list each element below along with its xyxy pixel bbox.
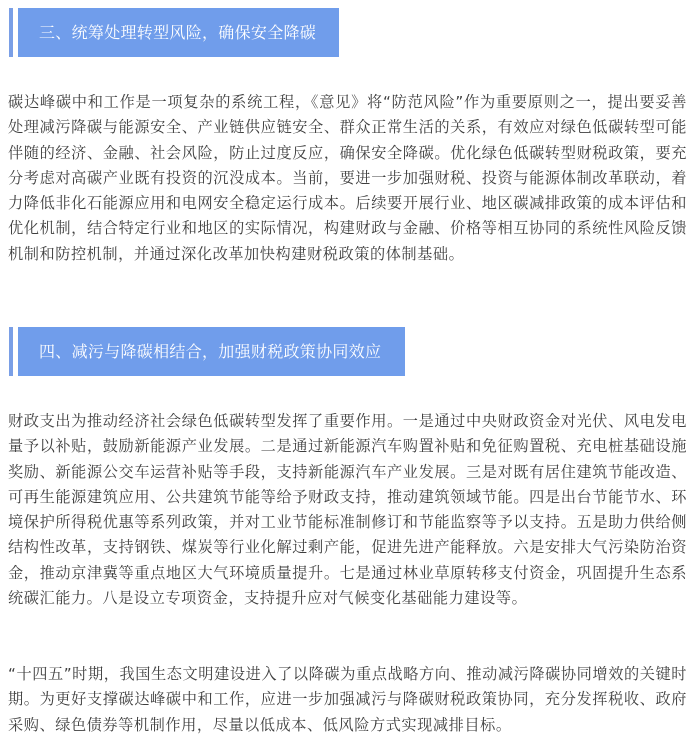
heading-title: 三、统筹处理转型风险，确保安全降碳 — [18, 8, 339, 57]
section-heading-3: 三、统筹处理转型风险，确保安全降碳 — [9, 8, 339, 57]
paragraph-risk-management: 碳达峰碳中和工作是一项复杂的系统工程，《意见》将“防范风险”作为重要原则之一，提… — [8, 90, 687, 267]
heading-accent-bar — [9, 327, 13, 376]
paragraph-14th-five-year: “十四五”时期，我国生态文明建设进入了以降碳为重点战略方向、推动减污降碳协同增效… — [8, 662, 687, 738]
heading-title: 四、减污与降碳相结合，加强财税政策协同效应 — [18, 327, 405, 376]
section-heading-4: 四、减污与降碳相结合，加强财税政策协同效应 — [9, 327, 405, 376]
paragraph-fiscal-expenditure: 财政支出为推动经济社会绿色低碳转型发挥了重要作用。一是通过中央财政资金对光伏、风… — [8, 409, 687, 611]
heading-accent-bar — [9, 8, 13, 57]
